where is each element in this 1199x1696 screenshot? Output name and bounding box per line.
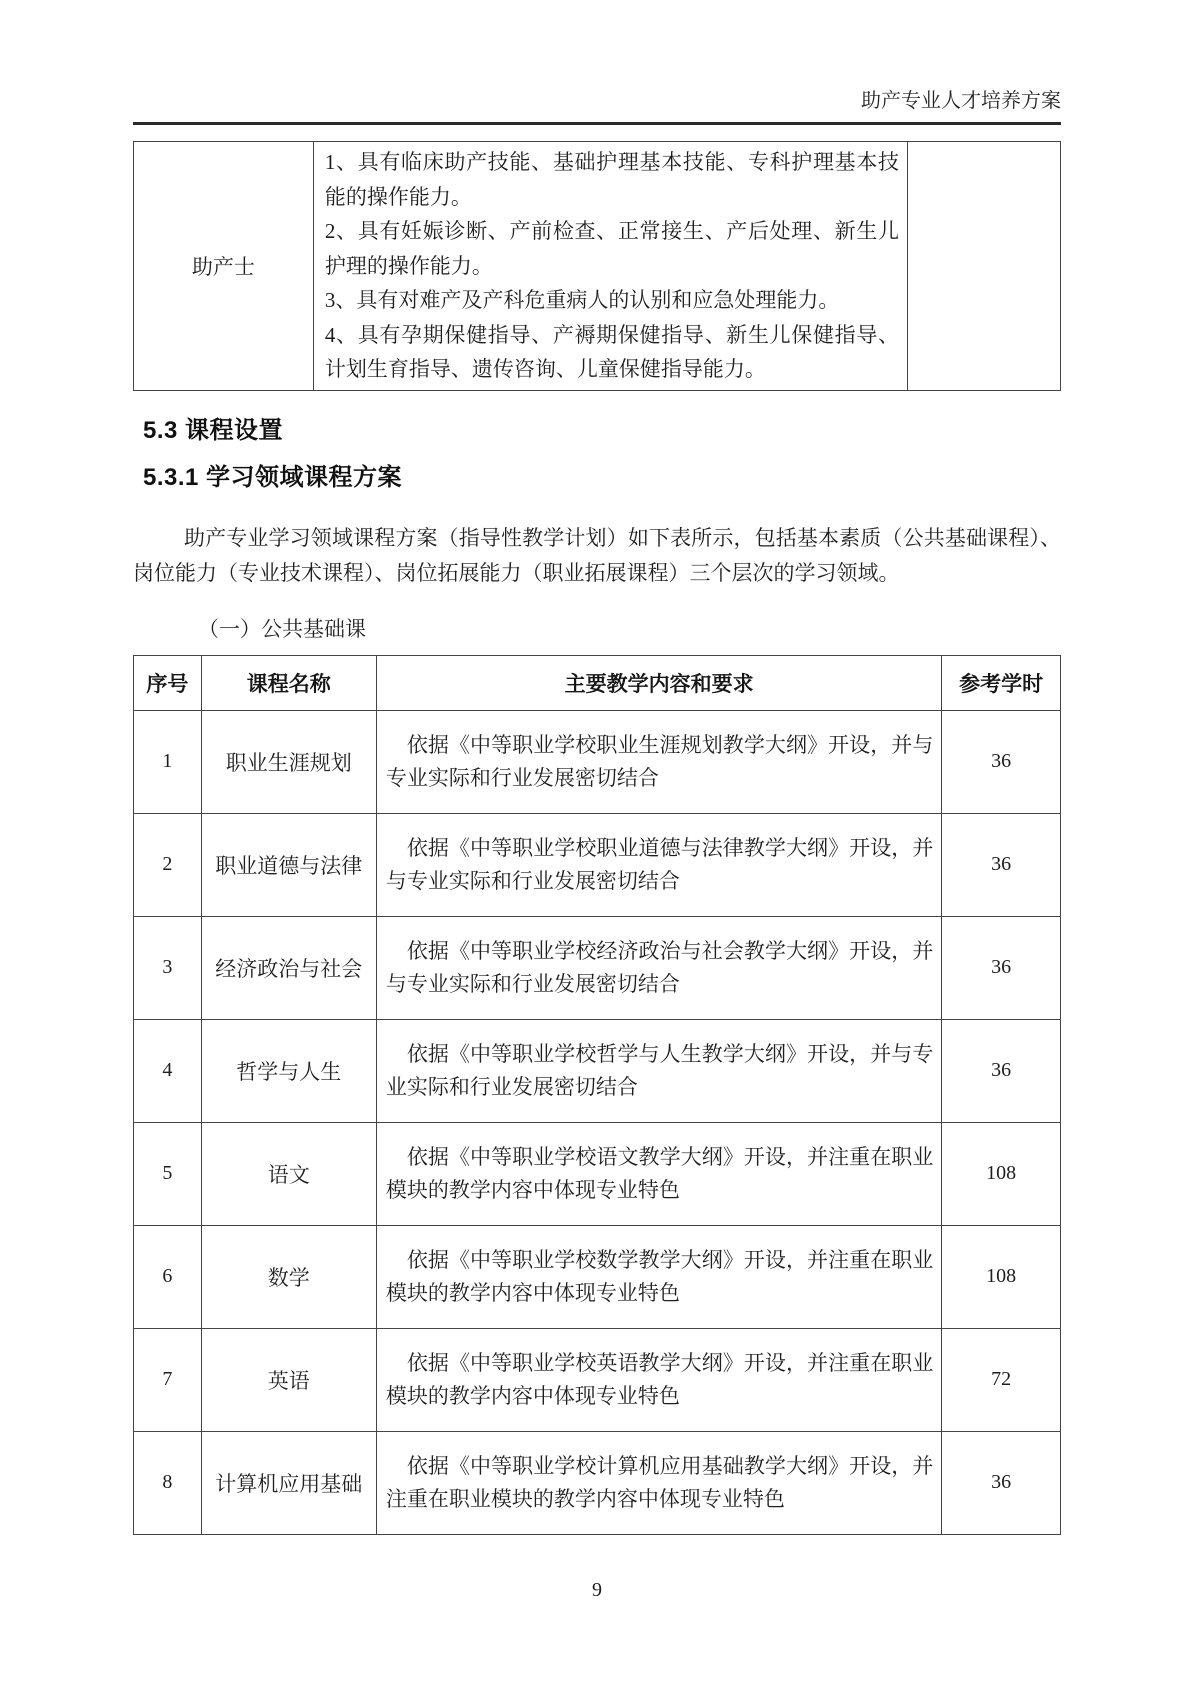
post-capability-row: 助产士 1、具有临床助产技能、基础护理基本技能、专科护理基本技能的操作能力。 2… xyxy=(134,142,1061,391)
cell-hours: 72 xyxy=(942,1328,1061,1431)
column-header-content: 主要教学内容和要求 xyxy=(376,655,941,710)
course-table: 序号 课程名称 主要教学内容和要求 参考学时 1 职业生涯规划 依据《中等职业学… xyxy=(133,655,1061,1535)
cell-hours: 108 xyxy=(942,1122,1061,1225)
cell-content: 依据《中等职业学校职业道德与法律教学大纲》开设，并与专业实际和行业发展密切结合 xyxy=(376,813,941,916)
cell-course-name: 数学 xyxy=(201,1225,376,1328)
page-number: 9 xyxy=(133,1579,1061,1602)
cell-hours: 36 xyxy=(942,813,1061,916)
cell-content: 依据《中等职业学校语文教学大纲》开设，并注重在职业模块的教学内容中体现专业特色 xyxy=(376,1122,941,1225)
cell-content: 依据《中等职业学校职业生涯规划教学大纲》开设，并与专业实际和行业发展密切结合 xyxy=(376,710,941,813)
post-capability-cell: 1、具有临床助产技能、基础护理基本技能、专科护理基本技能的操作能力。 2、具有妊… xyxy=(313,142,907,391)
cell-hours: 36 xyxy=(942,710,1061,813)
cell-no: 4 xyxy=(134,1019,202,1122)
section-heading-5-3: 5.3 课程设置 xyxy=(143,417,1061,445)
list-label-public-basic-courses: （一）公共基础课 xyxy=(133,617,1061,641)
cell-course-name: 职业道德与法律 xyxy=(201,813,376,916)
cell-course-name: 英语 xyxy=(201,1328,376,1431)
cell-content: 依据《中等职业学校英语教学大纲》开设，并注重在职业模块的教学内容中体现专业特色 xyxy=(376,1328,941,1431)
intro-paragraph: 助产专业学习领域课程方案（指导性教学计划）如下表所示，包括基本素质（公共基础课程… xyxy=(133,521,1061,591)
cell-content: 依据《中等职业学校计算机应用基础教学大纲》开设，并注重在职业模块的教学内容中体现… xyxy=(376,1431,941,1534)
document-page: 助产专业人才培养方案 助产士 1、具有临床助产技能、基础护理基本技能、专科护理基… xyxy=(0,0,1199,1696)
capability-item-2: 2、具有妊娠诊断、产前检查、正常接生、产后处理、新生儿护理的操作能力。 xyxy=(325,214,899,283)
post-name-cell: 助产士 xyxy=(134,142,314,391)
cell-content: 依据《中等职业学校数学教学大纲》开设，并注重在职业模块的教学内容中体现专业特色 xyxy=(376,1225,941,1328)
column-header-hours: 参考学时 xyxy=(942,655,1061,710)
header-rule xyxy=(133,122,1061,125)
cell-course-name: 语文 xyxy=(201,1122,376,1225)
table-row: 8 计算机应用基础 依据《中等职业学校计算机应用基础教学大纲》开设，并注重在职业… xyxy=(134,1431,1061,1534)
cell-course-name: 计算机应用基础 xyxy=(201,1431,376,1534)
cell-no: 5 xyxy=(134,1122,202,1225)
cell-hours: 36 xyxy=(942,1019,1061,1122)
post-empty-cell xyxy=(908,142,1061,391)
cell-no: 8 xyxy=(134,1431,202,1534)
capability-item-1: 1、具有临床助产技能、基础护理基本技能、专科护理基本技能的操作能力。 xyxy=(325,145,899,214)
table-row: 3 经济政治与社会 依据《中等职业学校经济政治与社会教学大纲》开设，并与专业实际… xyxy=(134,916,1061,1019)
cell-content: 依据《中等职业学校哲学与人生教学大纲》开设，并与专业实际和行业发展密切结合 xyxy=(376,1019,941,1122)
cell-course-name: 经济政治与社会 xyxy=(201,916,376,1019)
capability-item-3: 3、具有对难产及产科危重病人的认别和应急处理能力。 xyxy=(325,283,899,318)
table-row: 6 数学 依据《中等职业学校数学教学大纲》开设，并注重在职业模块的教学内容中体现… xyxy=(134,1225,1061,1328)
page-content: 助产专业人才培养方案 助产士 1、具有临床助产技能、基础护理基本技能、专科护理基… xyxy=(133,0,1061,1602)
column-header-no: 序号 xyxy=(134,655,202,710)
cell-no: 2 xyxy=(134,813,202,916)
capability-item-4: 4、具有孕期保健指导、产褥期保健指导、新生儿保健指导、计划生育指导、遗传咨询、儿… xyxy=(325,318,899,387)
cell-course-name: 哲学与人生 xyxy=(201,1019,376,1122)
cell-no: 7 xyxy=(134,1328,202,1431)
cell-no: 6 xyxy=(134,1225,202,1328)
subsection-heading-5-3-1: 5.3.1 学习领域课程方案 xyxy=(143,464,1061,492)
column-header-course-name: 课程名称 xyxy=(201,655,376,710)
table-row: 5 语文 依据《中等职业学校语文教学大纲》开设，并注重在职业模块的教学内容中体现… xyxy=(134,1122,1061,1225)
table-row: 7 英语 依据《中等职业学校英语教学大纲》开设，并注重在职业模块的教学内容中体现… xyxy=(134,1328,1061,1431)
header-title: 助产专业人才培养方案 xyxy=(133,90,1061,112)
cell-no: 1 xyxy=(134,710,202,813)
course-table-header-row: 序号 课程名称 主要教学内容和要求 参考学时 xyxy=(134,655,1061,710)
cell-no: 3 xyxy=(134,916,202,1019)
post-capability-table: 助产士 1、具有临床助产技能、基础护理基本技能、专科护理基本技能的操作能力。 2… xyxy=(133,141,1061,391)
cell-hours: 108 xyxy=(942,1225,1061,1328)
cell-hours: 36 xyxy=(942,916,1061,1019)
cell-course-name: 职业生涯规划 xyxy=(201,710,376,813)
table-row: 2 职业道德与法律 依据《中等职业学校职业道德与法律教学大纲》开设，并与专业实际… xyxy=(134,813,1061,916)
table-row: 4 哲学与人生 依据《中等职业学校哲学与人生教学大纲》开设，并与专业实际和行业发… xyxy=(134,1019,1061,1122)
table-row: 1 职业生涯规划 依据《中等职业学校职业生涯规划教学大纲》开设，并与专业实际和行… xyxy=(134,710,1061,813)
cell-hours: 36 xyxy=(942,1431,1061,1534)
page-header: 助产专业人才培养方案 xyxy=(133,0,1061,125)
cell-content: 依据《中等职业学校经济政治与社会教学大纲》开设，并与专业实际和行业发展密切结合 xyxy=(376,916,941,1019)
